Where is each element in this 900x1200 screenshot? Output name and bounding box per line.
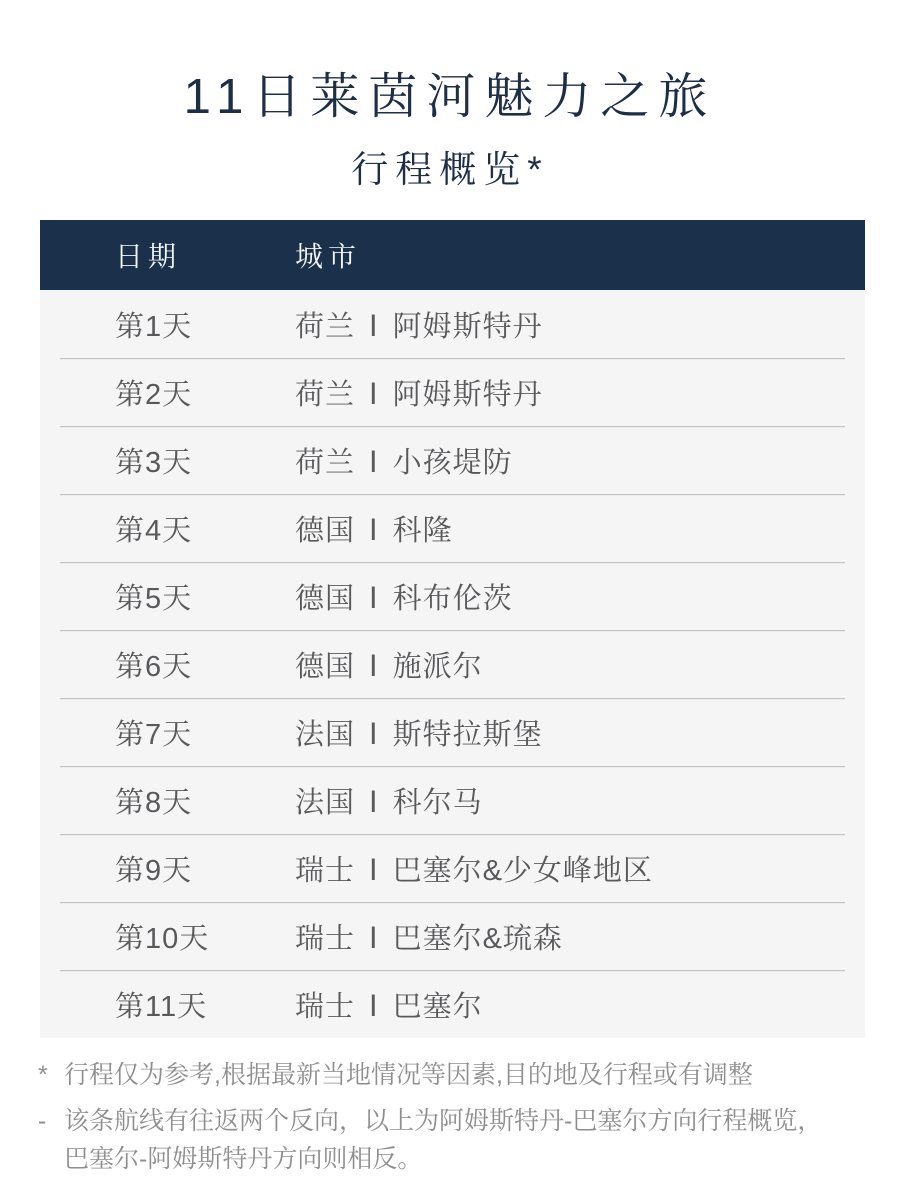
day-cell: 第9天 [40,848,295,889]
city-cell: 瑞士Ⅰ巴塞尔 [295,984,865,1025]
city-cell: 法国Ⅰ科尔马 [295,780,865,821]
country-city-separator: Ⅰ [369,785,379,820]
table-row: 第10天 瑞士Ⅰ巴塞尔&琉森 [40,902,865,970]
country-city-separator: Ⅰ [369,445,379,480]
city-label: 斯特拉斯堡 [393,719,543,751]
table-row: 第7天 法国Ⅰ斯特拉斯堡 [40,698,865,766]
country-city-separator: Ⅰ [369,921,379,956]
table-row: 第8天 法国Ⅰ科尔马 [40,766,865,834]
country-city-separator: Ⅰ [369,649,379,684]
country-label: 法国 [295,719,355,751]
table-row: 第9天 瑞士Ⅰ巴塞尔&少女峰地区 [40,834,865,902]
footnote-text: 该条航线有往返两个反向，以上为阿姆斯特丹-巴塞尔方向行程概览，巴塞尔-阿姆斯特丹… [64,1102,846,1178]
footnote-itinerary-disclaimer: * 行程仅为参考,根据最新当地情况等因素,目的地及行程或有调整 [38,1056,870,1094]
city-label: 科布伦茨 [393,583,513,615]
city-cell: 德国Ⅰ施派尔 [295,644,865,685]
column-header-city: 城市 [295,235,865,275]
day-cell: 第7天 [40,712,295,753]
column-header-date: 日期 [40,235,295,275]
footnote-text: 行程仅为参考,根据最新当地情况等因素,目的地及行程或有调整 [64,1056,753,1094]
table-row: 第2天 荷兰Ⅰ阿姆斯特丹 [40,358,865,426]
city-cell: 荷兰Ⅰ小孩堤防 [295,440,865,481]
day-cell: 第2天 [40,372,295,413]
city-label: 小孩堤防 [393,447,513,479]
footnote-marker: - [38,1102,64,1178]
country-city-separator: Ⅰ [369,377,379,412]
table-header-row: 日期 城市 [40,220,865,290]
country-label: 荷兰 [295,447,355,479]
table-row: 第11天 瑞士Ⅰ巴塞尔 [40,970,865,1038]
city-label: 巴塞尔 [393,991,483,1023]
country-city-separator: Ⅰ [369,309,379,344]
table-row: 第6天 德国Ⅰ施派尔 [40,630,865,698]
country-city-separator: Ⅰ [369,717,379,752]
city-label: 科尔马 [393,787,483,819]
city-label: 巴塞尔&少女峰地区 [393,855,653,887]
footnote-marker: * [38,1056,64,1094]
table-row: 第5天 德国Ⅰ科布伦茨 [40,562,865,630]
city-cell: 德国Ⅰ科布伦茨 [295,576,865,617]
day-cell: 第1天 [40,304,295,345]
city-cell: 德国Ⅰ科隆 [295,508,865,549]
page-subtitle: 行程概览* [0,139,900,193]
city-label: 阿姆斯特丹 [393,311,543,343]
country-label: 荷兰 [295,311,355,343]
country-label: 德国 [295,651,355,683]
country-city-separator: Ⅰ [369,581,379,616]
country-label: 德国 [295,515,355,547]
country-city-separator: Ⅰ [369,853,379,888]
day-cell: 第11天 [40,984,295,1025]
day-cell: 第10天 [40,916,295,957]
city-label: 施派尔 [393,651,483,683]
footnote-route-direction: - 该条航线有往返两个反向，以上为阿姆斯特丹-巴塞尔方向行程概览，巴塞尔-阿姆斯… [38,1102,870,1178]
city-cell: 瑞士Ⅰ巴塞尔&少女峰地区 [295,848,865,889]
table-row: 第4天 德国Ⅰ科隆 [40,494,865,562]
table-row: 第1天 荷兰Ⅰ阿姆斯特丹 [40,290,865,358]
city-cell: 瑞士Ⅰ巴塞尔&琉森 [295,916,865,957]
city-label: 巴塞尔&琉森 [393,923,563,955]
country-label: 瑞士 [295,855,355,887]
country-label: 荷兰 [295,379,355,411]
day-cell: 第6天 [40,644,295,685]
country-label: 法国 [295,787,355,819]
day-cell: 第8天 [40,780,295,821]
itinerary-table: 日期 城市 第1天 荷兰Ⅰ阿姆斯特丹 第2天 荷兰Ⅰ阿姆斯特丹 第3天 荷兰Ⅰ小… [40,220,865,1038]
itinerary-table-body: 第1天 荷兰Ⅰ阿姆斯特丹 第2天 荷兰Ⅰ阿姆斯特丹 第3天 荷兰Ⅰ小孩堤防 第4… [40,290,865,1038]
day-cell: 第3天 [40,440,295,481]
country-city-separator: Ⅰ [369,989,379,1024]
city-cell: 荷兰Ⅰ阿姆斯特丹 [295,304,865,345]
city-cell: 荷兰Ⅰ阿姆斯特丹 [295,372,865,413]
country-label: 德国 [295,583,355,615]
table-row: 第3天 荷兰Ⅰ小孩堤防 [40,426,865,494]
city-label: 科隆 [393,515,453,547]
city-cell: 法国Ⅰ斯特拉斯堡 [295,712,865,753]
page-title: 11日莱茵河魅力之旅 [0,58,900,128]
day-cell: 第5天 [40,576,295,617]
country-label: 瑞士 [295,991,355,1023]
day-cell: 第4天 [40,508,295,549]
footnotes: * 行程仅为参考,根据最新当地情况等因素,目的地及行程或有调整 - 该条航线有往… [38,1056,870,1186]
country-label: 瑞士 [295,923,355,955]
city-label: 阿姆斯特丹 [393,379,543,411]
country-city-separator: Ⅰ [369,513,379,548]
